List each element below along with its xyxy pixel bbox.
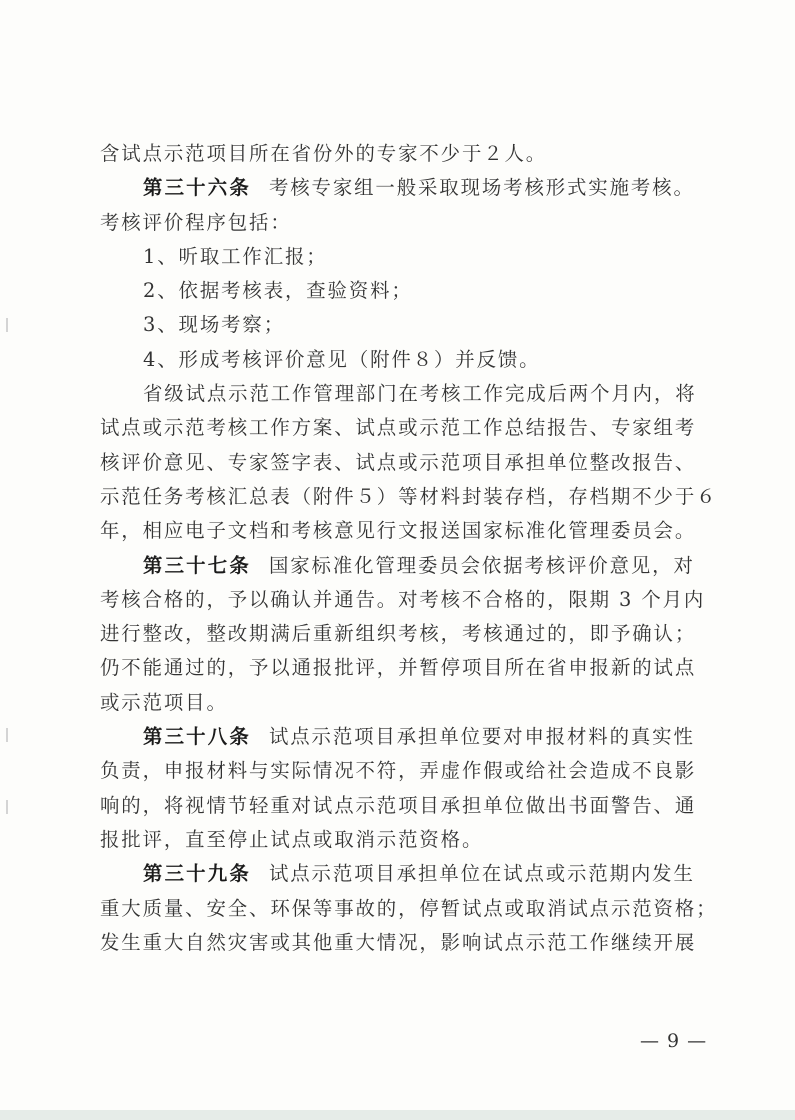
text-line: 重大质量、安全、环保等事故的，停暂试点或取消试点示范资格； bbox=[100, 892, 710, 926]
binding-mark bbox=[6, 800, 8, 814]
article-number: 第三十七条 bbox=[143, 554, 251, 577]
text-line: 考核合格的，予以确认并通告。对考核不合格的，限期 3 个月内 bbox=[100, 583, 710, 617]
document-body: 含试点示范项目所在省份外的专家不少于２人。 第三十六条考核专家组一般采取现场考核… bbox=[100, 137, 710, 960]
page-number: — 9 — bbox=[640, 1030, 707, 1052]
text-line: 发生重大自然灾害或其他重大情况，影响试点示范工作继续开展 bbox=[100, 926, 710, 960]
article-38-heading-line: 第三十八条试点示范项目承担单位要对申报材料的真实性 bbox=[100, 720, 710, 754]
article-37-heading-line: 第三十七条国家标准化管理委员会依据考核评价意见，对 bbox=[100, 549, 710, 583]
text-line: 含试点示范项目所在省份外的专家不少于２人。 bbox=[100, 137, 710, 171]
article-number: 第三十九条 bbox=[143, 862, 251, 885]
text-line: 进行整改，整改期满后重新组织考核，考核通过的，即予确认； bbox=[100, 617, 710, 651]
text-line: 核评价意见、专家签字表、试点或示范项目承担单位整改报告、 bbox=[100, 446, 710, 480]
article-number: 第三十八条 bbox=[143, 725, 251, 748]
article-39-heading-line: 第三十九条试点示范项目承担单位在试点或示范期内发生 bbox=[100, 857, 710, 891]
text-line: 考核评价程序包括： bbox=[100, 206, 710, 240]
text-line: 报批评，直至停止试点或取消示范资格。 bbox=[100, 823, 710, 857]
text-line: 或示范项目。 bbox=[100, 686, 710, 720]
list-item: 3、现场考察； bbox=[100, 308, 710, 342]
text-line: 省级试点示范工作管理部门在考核工作完成后两个月内，将 bbox=[100, 377, 710, 411]
article-number: 第三十六条 bbox=[143, 176, 251, 199]
text-line: 负责，申报材料与实际情况不符，弄虚作假或给社会造成不良影 bbox=[100, 754, 710, 788]
binding-mark bbox=[6, 318, 8, 332]
text-line: 示范任务考核汇总表（附件５）等材料封装存档，存档期不少于６ bbox=[100, 480, 710, 514]
text-line: 响的，将视情节轻重对试点示范项目承担单位做出书面警告、通 bbox=[100, 789, 710, 823]
document-page: 含试点示范项目所在省份外的专家不少于２人。 第三十六条考核专家组一般采取现场考核… bbox=[0, 0, 795, 1120]
list-item: 1、听取工作汇报； bbox=[100, 240, 710, 274]
text-line: 试点或示范考核工作方案、试点或示范工作总结报告、专家组考 bbox=[100, 411, 710, 445]
binding-mark bbox=[6, 728, 8, 742]
text-line: 仍不能通过的，予以通报批评，并暂停项目所在省申报新的试点 bbox=[100, 651, 710, 685]
list-item: 4、形成考核评价意见（附件８）并反馈。 bbox=[100, 343, 710, 377]
text-line: 年，相应电子文档和考核意见行文报送国家标准化管理委员会。 bbox=[100, 514, 710, 548]
list-item: 2、依据考核表，查验资料； bbox=[100, 274, 710, 308]
article-36-heading-line: 第三十六条考核专家组一般采取现场考核形式实施考核。 bbox=[100, 171, 710, 205]
page-bottom-edge bbox=[0, 1110, 795, 1120]
